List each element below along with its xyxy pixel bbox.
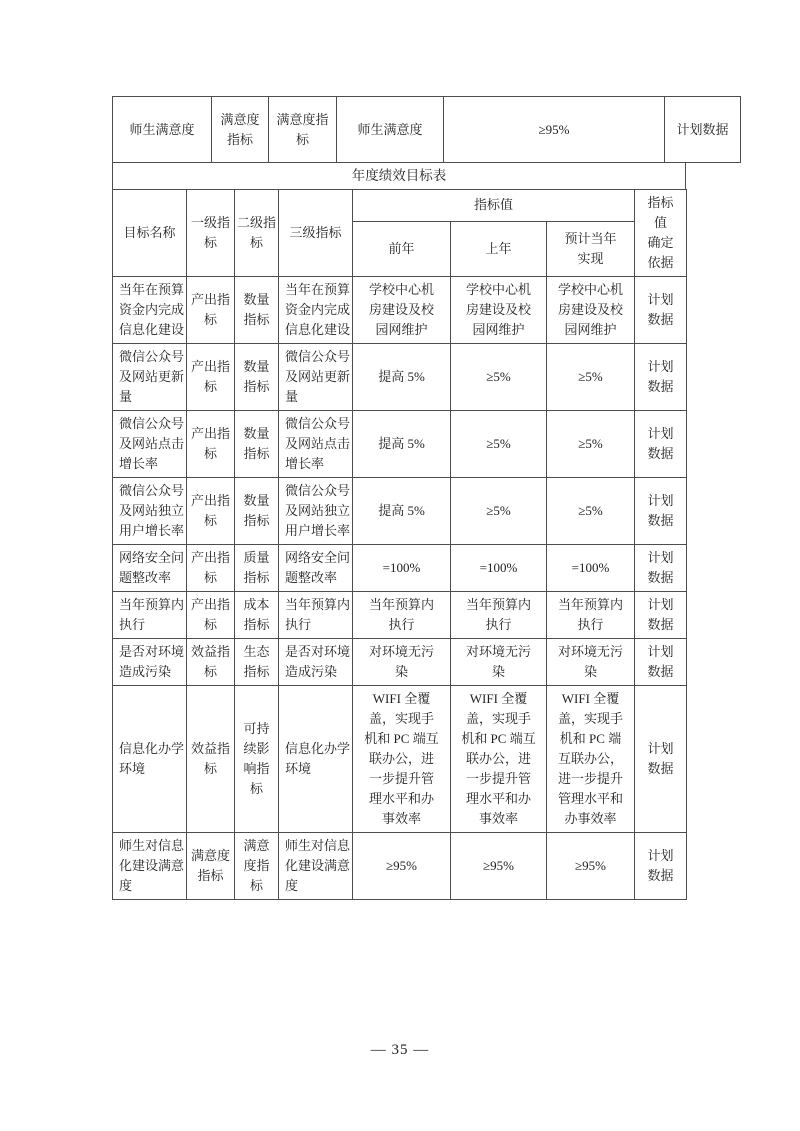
cell-level1: 满意度指标 bbox=[187, 833, 235, 900]
cell-basis: 计划数据 bbox=[635, 545, 687, 592]
table-row: 是否对环境造成污染 效益指标 生态指标 是否对环境造成污染 对环境无污染 对环境… bbox=[113, 639, 687, 686]
top-continuation-table: 师生满意度 满意度指标 满意度指标 师生满意度 ≥95% 计划数据 bbox=[112, 96, 741, 163]
cell-basis: 计划数据 bbox=[635, 478, 687, 545]
cell-expected: ≥5% bbox=[547, 478, 635, 545]
header-level1: 一级指标 bbox=[187, 190, 235, 277]
cell-level2: 数量指标 bbox=[235, 277, 279, 344]
cell-prev-year: 提高 5% bbox=[353, 411, 451, 478]
cell-expected: =100% bbox=[547, 545, 635, 592]
cell-level2: 满意度指标 bbox=[235, 833, 279, 900]
cell-basis: 计划数据 bbox=[635, 686, 687, 833]
cell-level3: 微信公众号及网站独立用户增长率 bbox=[279, 478, 353, 545]
header-goal: 目标名称 bbox=[113, 190, 187, 277]
cell-prev-year: =100% bbox=[353, 545, 451, 592]
cell-last-year: ≥5% bbox=[451, 411, 547, 478]
document-page: 师生满意度 满意度指标 满意度指标 师生满意度 ≥95% 计划数据 年度绩效目标… bbox=[0, 0, 800, 1131]
cell-goal-name: 是否对环境造成污染 bbox=[113, 639, 187, 686]
table-header: 目标名称 一级指标 二级指标 三级指标 指标值 指标 值 确定 依据 前年 上年… bbox=[113, 190, 687, 277]
page-number: — 35 — bbox=[0, 1042, 800, 1059]
cell-level3: 信息化办学环境 bbox=[279, 686, 353, 833]
table-row: 微信公众号及网站点击增长率 产出指标 数量指标 微信公众号及网站点击增长率 提高… bbox=[113, 411, 687, 478]
table-row: 师生满意度 满意度指标 满意度指标 师生满意度 ≥95% 计划数据 bbox=[113, 97, 741, 163]
cell-basis: 计划数据 bbox=[665, 97, 741, 163]
cell-expected: WIFI 全覆盖，实现手机和 PC 端互联办公，进一步提升管理水平和办事效率 bbox=[547, 686, 635, 833]
cell-expected: 当年预算内执行 bbox=[547, 592, 635, 639]
cell-level1: 产出指标 bbox=[187, 411, 235, 478]
cell-level2: 满意度指标 bbox=[269, 97, 337, 163]
cell-level2: 成本指标 bbox=[235, 592, 279, 639]
performance-table-block: 师生满意度 满意度指标 满意度指标 师生满意度 ≥95% 计划数据 年度绩效目标… bbox=[112, 96, 686, 900]
cell-expected: ≥95% bbox=[547, 833, 635, 900]
cell-goal-name: 当年在预算资金内完成信息化建设 bbox=[113, 277, 187, 344]
cell-last-year: 当年预算内执行 bbox=[451, 592, 547, 639]
header-prev-year: 前年 bbox=[353, 221, 451, 276]
cell-level1: 满意度指标 bbox=[212, 97, 269, 163]
cell-goal-name: 师生对信息化建设满意度 bbox=[113, 833, 187, 900]
cell-prev-year: ≥95% bbox=[353, 833, 451, 900]
header-level3: 三级指标 bbox=[279, 190, 353, 277]
cell-level1: 产出指标 bbox=[187, 344, 235, 411]
cell-basis: 计划数据 bbox=[635, 833, 687, 900]
cell-last-year: ≥95% bbox=[451, 833, 547, 900]
table-row: 微信公众号及网站独立用户增长率 产出指标 数量指标 微信公众号及网站独立用户增长… bbox=[113, 478, 687, 545]
cell-level3: 微信公众号及网站点击增长率 bbox=[279, 411, 353, 478]
cell-value: ≥95% bbox=[444, 97, 665, 163]
cell-expected: 学校中心机房建设及校园网维护 bbox=[547, 277, 635, 344]
cell-level3: 师生满意度 bbox=[337, 97, 444, 163]
cell-level1: 产出指标 bbox=[187, 545, 235, 592]
header-expected: 预计当年 实现 bbox=[547, 221, 635, 276]
cell-level2: 质量指标 bbox=[235, 545, 279, 592]
cell-level1: 产出指标 bbox=[187, 277, 235, 344]
cell-expected: 对环境无污染 bbox=[547, 639, 635, 686]
cell-goal-name: 微信公众号及网站独立用户增长率 bbox=[113, 478, 187, 545]
cell-goal-name: 信息化办学环境 bbox=[113, 686, 187, 833]
cell-level3: 微信公众号及网站更新量 bbox=[279, 344, 353, 411]
cell-basis: 计划数据 bbox=[635, 277, 687, 344]
cell-level1: 产出指标 bbox=[187, 592, 235, 639]
cell-last-year: =100% bbox=[451, 545, 547, 592]
header-level2: 二级指标 bbox=[235, 190, 279, 277]
cell-prev-year: 对环境无污染 bbox=[353, 639, 451, 686]
cell-level3: 网络安全问题整改率 bbox=[279, 545, 353, 592]
cell-level1: 产出指标 bbox=[187, 478, 235, 545]
cell-prev-year: 学校中心机房建设及校园网维护 bbox=[353, 277, 451, 344]
cell-expected: ≥5% bbox=[547, 344, 635, 411]
cell-goal: 师生满意度 bbox=[113, 97, 212, 163]
cell-level2: 数量指标 bbox=[235, 478, 279, 545]
cell-prev-year: WIFI 全覆盖，实现手机和 PC 端互联办公，进一步提升管理水平和办事效率 bbox=[353, 686, 451, 833]
table-row: 师生对信息化建设满意度 满意度指标 满意度指标 师生对信息化建设满意度 ≥95%… bbox=[113, 833, 687, 900]
cell-basis: 计划数据 bbox=[635, 411, 687, 478]
cell-last-year: WIFI 全覆盖，实现手机和 PC 端互联办公，进一步提升管理水平和办事效率 bbox=[451, 686, 547, 833]
cell-last-year: 学校中心机房建设及校园网维护 bbox=[451, 277, 547, 344]
cell-level1: 效益指标 bbox=[187, 686, 235, 833]
cell-last-year: ≥5% bbox=[451, 344, 547, 411]
table-row: 信息化办学环境 效益指标 可持续影响指标 信息化办学环境 WIFI 全覆盖，实现… bbox=[113, 686, 687, 833]
cell-last-year: ≥5% bbox=[451, 478, 547, 545]
main-table-body: 当年在预算资金内完成信息化建设 产出指标 数量指标 当年在预算资金内完成信息化建… bbox=[113, 277, 687, 900]
cell-level1: 效益指标 bbox=[187, 639, 235, 686]
cell-level3: 当年预算内执行 bbox=[279, 592, 353, 639]
cell-goal-name: 微信公众号及网站更新量 bbox=[113, 344, 187, 411]
cell-goal-name: 微信公众号及网站点击增长率 bbox=[113, 411, 187, 478]
cell-prev-year: 提高 5% bbox=[353, 344, 451, 411]
table-section-title: 年度绩效目标表 bbox=[112, 163, 686, 189]
table-row: 网络安全问题整改率 产出指标 质量指标 网络安全问题整改率 =100% =100… bbox=[113, 545, 687, 592]
cell-basis: 计划数据 bbox=[635, 344, 687, 411]
cell-prev-year: 提高 5% bbox=[353, 478, 451, 545]
cell-basis: 计划数据 bbox=[635, 639, 687, 686]
cell-level2: 生态指标 bbox=[235, 639, 279, 686]
cell-expected: ≥5% bbox=[547, 411, 635, 478]
cell-prev-year: 当年预算内执行 bbox=[353, 592, 451, 639]
cell-basis: 计划数据 bbox=[635, 592, 687, 639]
cell-level2: 数量指标 bbox=[235, 411, 279, 478]
header-last-year: 上年 bbox=[451, 221, 547, 276]
annual-performance-table: 目标名称 一级指标 二级指标 三级指标 指标值 指标 值 确定 依据 前年 上年… bbox=[112, 189, 687, 900]
cell-level2: 数量指标 bbox=[235, 344, 279, 411]
table-row: 微信公众号及网站更新量 产出指标 数量指标 微信公众号及网站更新量 提高 5% … bbox=[113, 344, 687, 411]
header-value-group: 指标值 bbox=[353, 190, 635, 222]
cell-goal-name: 当年预算内执行 bbox=[113, 592, 187, 639]
cell-level3: 师生对信息化建设满意度 bbox=[279, 833, 353, 900]
header-basis: 指标 值 确定 依据 bbox=[635, 190, 687, 277]
cell-level2: 可持续影响指标 bbox=[235, 686, 279, 833]
header-row-1: 目标名称 一级指标 二级指标 三级指标 指标值 指标 值 确定 依据 bbox=[113, 190, 687, 222]
table-row: 当年预算内执行 产出指标 成本指标 当年预算内执行 当年预算内执行 当年预算内执… bbox=[113, 592, 687, 639]
cell-goal-name: 网络安全问题整改率 bbox=[113, 545, 187, 592]
cell-level3: 当年在预算资金内完成信息化建设 bbox=[279, 277, 353, 344]
cell-last-year: 对环境无污染 bbox=[451, 639, 547, 686]
table-row: 当年在预算资金内完成信息化建设 产出指标 数量指标 当年在预算资金内完成信息化建… bbox=[113, 277, 687, 344]
cell-level3: 是否对环境造成污染 bbox=[279, 639, 353, 686]
